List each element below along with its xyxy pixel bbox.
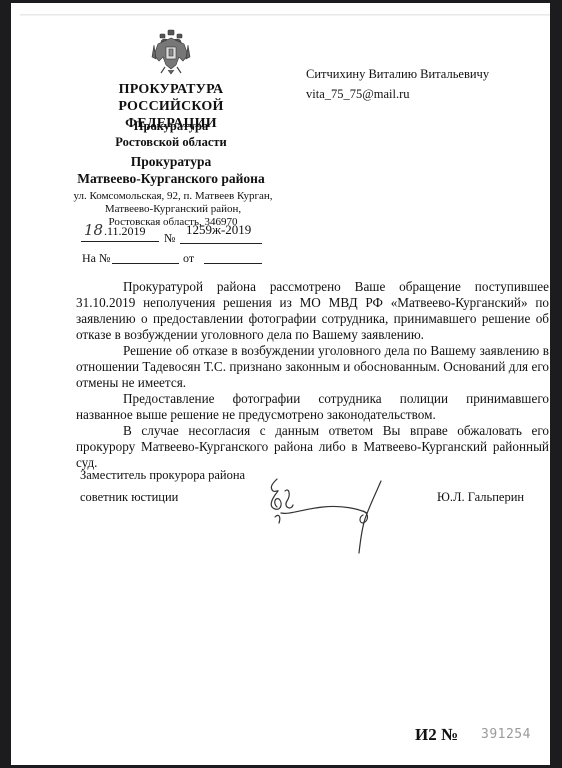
registration-date: .11.2019 xyxy=(104,224,146,239)
number-label: № xyxy=(164,231,175,246)
reply-to-label: На № xyxy=(82,251,110,266)
paragraph-2: Решение об отказе в возбуждении уголовно… xyxy=(76,343,549,391)
signer-name: Ю.Л. Гальперин xyxy=(437,490,524,505)
regional-line2: Ростовской области xyxy=(71,134,271,150)
number-underline xyxy=(180,243,262,244)
russian-coat-of-arms-icon xyxy=(151,29,191,75)
letter-body: Прокуратурой района рассмотрено Ваше обр… xyxy=(76,279,549,471)
district-line1: Прокуратура xyxy=(71,153,271,170)
address-line2: Матвеево-Курганский район, xyxy=(73,203,273,216)
paragraph-4: В случае несогласия с данным ответом Вы … xyxy=(76,423,549,471)
form-series-label: И2 № xyxy=(415,725,458,745)
signer-position-line2: советник юстиции xyxy=(80,490,178,505)
signer-position-line1: Заместитель прокурора района xyxy=(80,468,245,483)
district-line2: Матвеево-Курганского района xyxy=(71,170,271,187)
reply-date-underline xyxy=(204,263,262,264)
from-label: от xyxy=(183,251,194,266)
district-prosecutor: Прокуратура Матвеево-Курганского района xyxy=(71,153,271,187)
document-page: ПРОКУРАТУРА РОССИЙСКОЙ ФЕДЕРАЦИИ Прокура… xyxy=(11,3,550,765)
registration-number: 1259ж-2019 xyxy=(186,222,251,238)
handwritten-signature-icon xyxy=(263,473,403,555)
regional-prosecutor: Прокуратура Ростовской области xyxy=(71,118,271,150)
page-top-shadow xyxy=(20,14,550,16)
org-title-line1: ПРОКУРАТУРА xyxy=(71,81,271,98)
reply-number-underline xyxy=(112,263,179,264)
recipient-name: Ситчихину Виталию Витальевичу xyxy=(306,67,489,82)
recipient-email: vita_75_75@mail.ru xyxy=(306,87,410,102)
form-serial-number: 391254 xyxy=(481,727,531,742)
handwritten-day: 18 xyxy=(84,221,103,239)
paragraph-3: Предоставление фотографии сотрудника пол… xyxy=(76,391,549,423)
date-underline xyxy=(81,241,159,242)
regional-line1: Прокуратура xyxy=(71,118,271,134)
paragraph-1: Прокуратурой района рассмотрено Ваше обр… xyxy=(76,279,549,343)
address-line1: ул. Комсомольская, 92, п. Матвеев Курган… xyxy=(73,190,273,203)
